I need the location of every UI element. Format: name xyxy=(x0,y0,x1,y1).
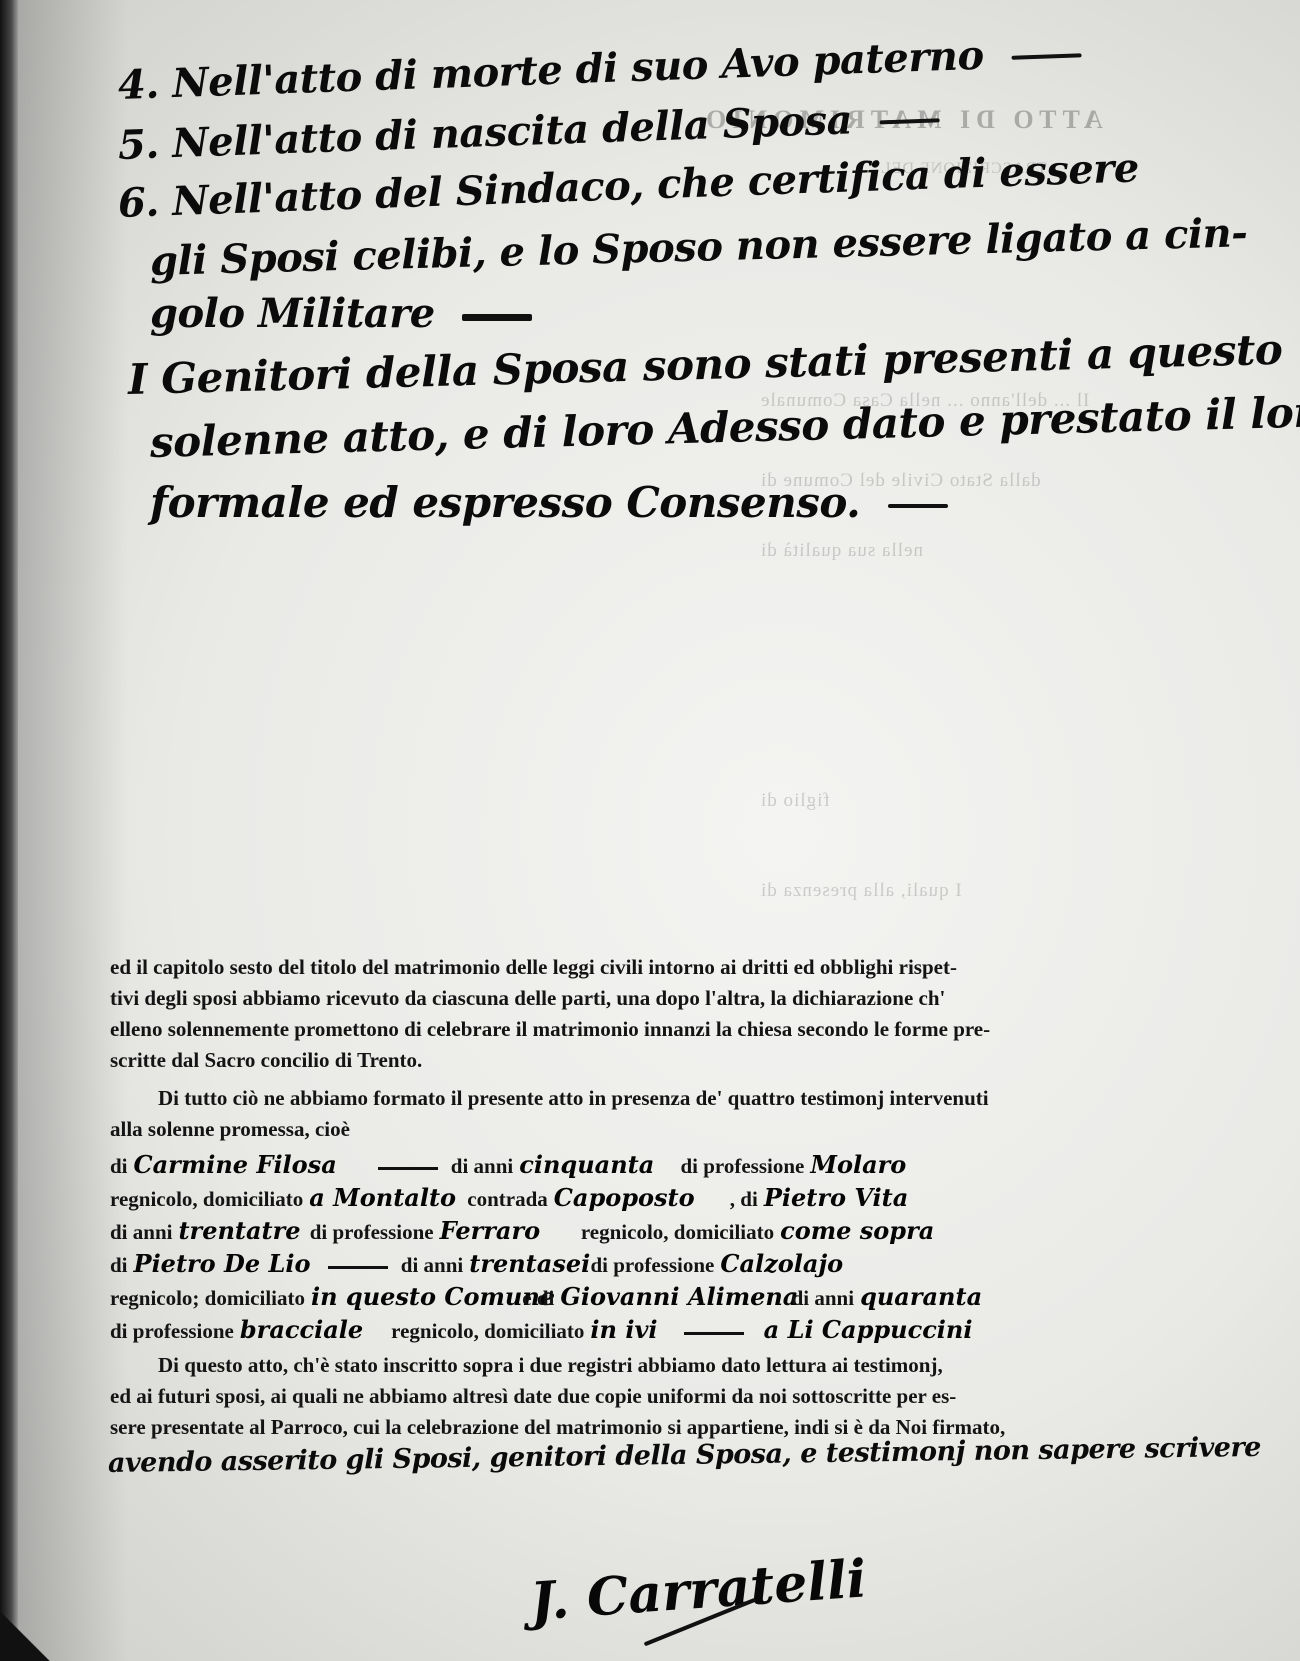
witness-name: Carmine Filosa xyxy=(134,1150,364,1179)
handwritten-note-6-cont: golo Militare xyxy=(150,290,532,337)
witness-domicile: a Montalto xyxy=(309,1183,456,1212)
witness-profession: Ferraro xyxy=(440,1216,570,1245)
printed-line: ed il capitolo sesto del titolo del matr… xyxy=(110,955,957,980)
note-text: gli Sposi celibi, e lo Sposo non essere … xyxy=(149,209,1247,285)
bleed-through-line: I quali, alla presenza di xyxy=(760,880,962,902)
witness-3-4-line: regnicolo; domiciliatoin questo Comune e… xyxy=(110,1282,988,1311)
printed-line: alla solenne promessa, cioè xyxy=(110,1117,350,1142)
label: di professione xyxy=(110,1319,234,1343)
note-number: 4. xyxy=(117,61,159,109)
note-dash xyxy=(462,314,532,321)
label: di xyxy=(110,1154,128,1178)
note-text: golo Militare xyxy=(150,290,435,337)
label: regnicolo, domiciliato xyxy=(110,1187,303,1211)
label: di professione xyxy=(680,1154,804,1178)
witness-name: Giovanni Alimena xyxy=(560,1282,780,1311)
printed-line: ed ai futuri sposi, ai quali ne abbiamo … xyxy=(110,1384,956,1409)
label: di anni xyxy=(110,1220,172,1244)
note-number: 6. xyxy=(117,179,159,227)
printed-line: elleno solennemente promettono di celebr… xyxy=(110,1017,990,1042)
note-dash xyxy=(879,118,939,124)
book-spine-shadow xyxy=(0,0,18,1661)
note-text: Nell'atto di nascita della Sposa xyxy=(171,96,852,167)
witness-2-line: di annitrentatre di professioneFerraro r… xyxy=(110,1216,940,1245)
corner-shadow xyxy=(0,1581,60,1661)
label: regnicolo, domiciliato xyxy=(391,1319,584,1343)
witness-1-2-line: regnicolo, domiciliatoa Montalto contrad… xyxy=(110,1183,914,1212)
printed-line: Di tutto ciò ne abbiamo formato il prese… xyxy=(110,1086,989,1111)
document-page: ATTO DI MATRIMONIO TRASCRIZIONE DEL Il .… xyxy=(0,0,1300,1661)
label: di professione xyxy=(310,1220,434,1244)
fill-dash xyxy=(684,1332,744,1335)
note-dash xyxy=(1011,53,1081,59)
note-dash xyxy=(888,504,948,508)
fill-dash xyxy=(328,1266,388,1269)
witness-profession: Calzolajo xyxy=(720,1249,850,1278)
witness-name: Pietro Vita xyxy=(764,1183,908,1212)
bleed-through-line: nella sua qualità di xyxy=(760,540,923,562)
witness-1-line: diCarmine Filosa di annicinquanta di pro… xyxy=(110,1150,912,1179)
printed-line: sere presentate al Parroco, cui la celeb… xyxy=(110,1415,1005,1440)
handwritten-note-6-cont: gli Sposi celibi, e lo Sposo non essere … xyxy=(149,209,1247,285)
witness-3-line: diPietro De Lio di annitrentasei di prof… xyxy=(110,1249,856,1278)
witness-profession: bracciale xyxy=(240,1315,380,1344)
note-number: 5. xyxy=(117,121,159,169)
witness-age: trentatre xyxy=(178,1216,298,1245)
handwritten-note-parents-cont: formale ed espresso Consenso. xyxy=(150,478,948,527)
witness-extra: a Li Cappuccini xyxy=(764,1315,973,1344)
label: di xyxy=(740,1187,758,1211)
label: di xyxy=(110,1253,128,1277)
witness-4-line: di professionebracciale regnicolo, domic… xyxy=(110,1315,978,1344)
label: regnicolo, domiciliato xyxy=(581,1220,774,1244)
note-text: formale ed espresso Consenso. xyxy=(150,478,860,527)
printed-line: scritte dal Sacro concilio di Trento. xyxy=(110,1048,422,1073)
page-edge-grain xyxy=(18,0,128,1661)
witness-domicile: come sopra xyxy=(780,1216,934,1245)
label: di anni xyxy=(401,1253,463,1277)
printed-line: Di questo atto, ch'è stato inscritto sop… xyxy=(110,1353,943,1378)
witness-domicile: in ivi xyxy=(590,1315,670,1344)
witness-domicile: in questo Comune xyxy=(311,1282,511,1311)
label: di professione xyxy=(590,1253,714,1277)
printed-line: tivi degli sposi abbiamo ricevuto da cia… xyxy=(110,986,945,1011)
label: regnicolo; domiciliato xyxy=(110,1286,305,1310)
witness-name: Pietro De Lio xyxy=(134,1249,314,1278)
witness-profession: Molaro xyxy=(810,1150,906,1179)
witness-age: trentasei xyxy=(469,1249,579,1278)
label: e di xyxy=(522,1286,554,1310)
label: di anni xyxy=(451,1154,513,1178)
bleed-through-line: figlio di xyxy=(760,790,830,812)
label: di anni xyxy=(792,1286,854,1310)
witness-contrada: Capoposto xyxy=(554,1183,724,1212)
fill-dash xyxy=(378,1167,438,1170)
label: contrada xyxy=(467,1187,548,1211)
witness-age: quaranta xyxy=(860,1282,982,1311)
witness-age: cinquanta xyxy=(519,1150,669,1179)
